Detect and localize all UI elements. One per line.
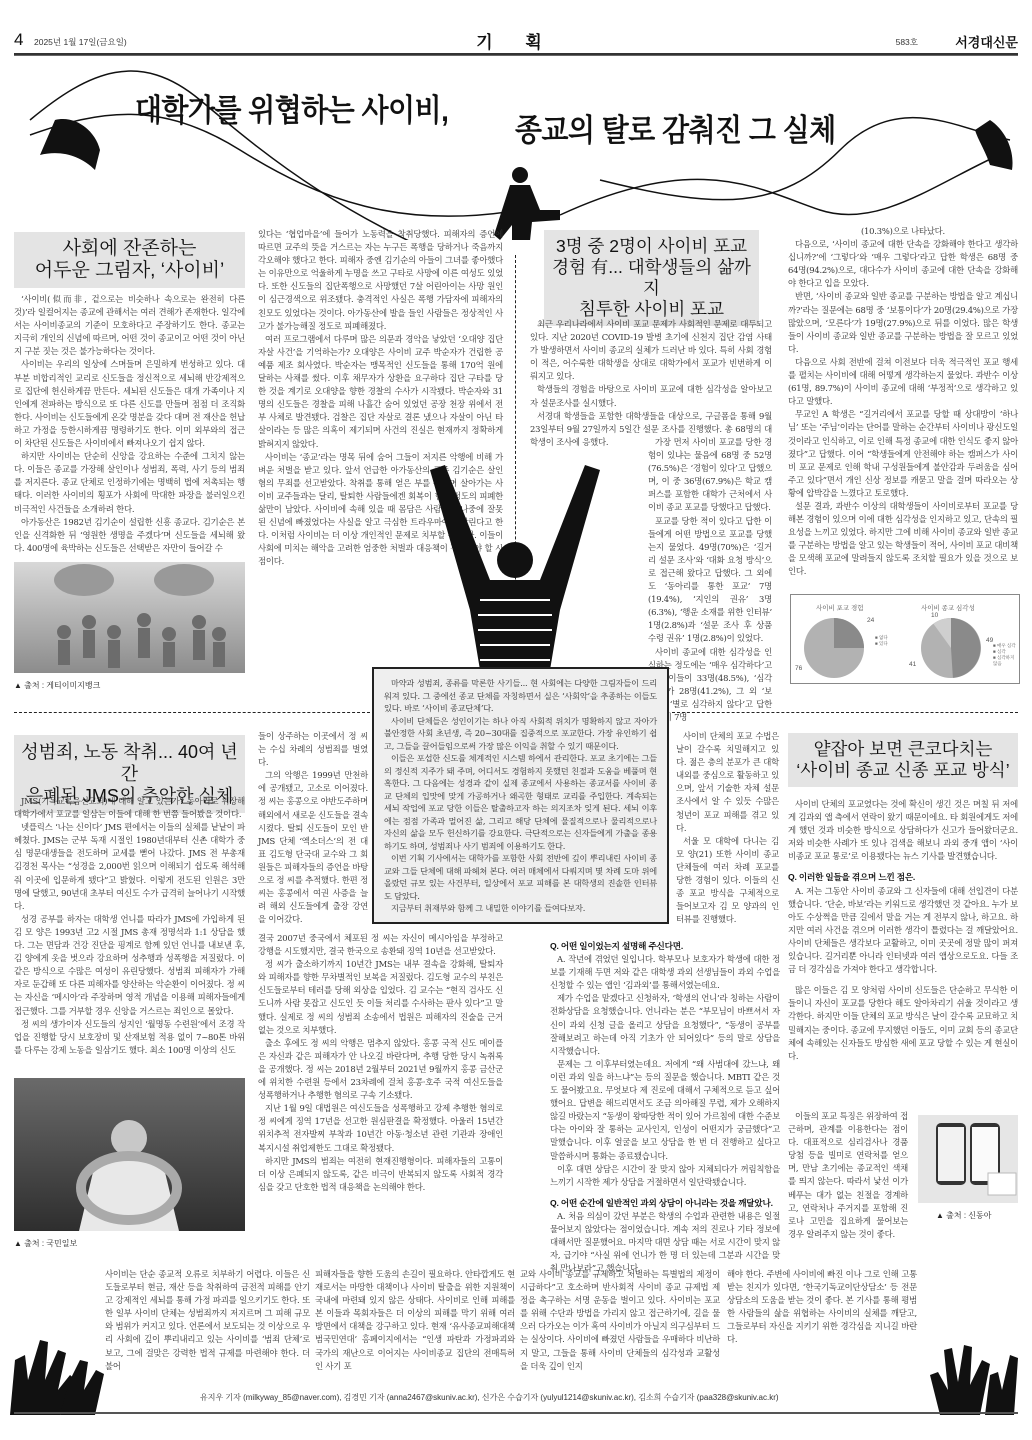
section-divider-left [14, 712, 370, 713]
pie2-title: 사이비 종교 심각성 [921, 603, 975, 612]
section4-qa-col3: Q. 어떤 일이었는지 설명해 주신다면. A. 작년에 겪었던 일입니다. 학… [550, 940, 780, 1275]
section3-image-caption: ▲ 출처 : 국민일보 [14, 1238, 77, 1249]
jms-leader-photo [14, 1078, 245, 1231]
conclusion-col4: 해야 한다. 주변에 사이비에 빠진 이나 그로 인해 고통받는 친지가 있다면… [727, 1268, 917, 1347]
qa-question-1: Q. 어떤 일이었는지 설명해 주신다면. [550, 940, 780, 953]
section4-image-caption: ▲ 출처 : 신동아 [936, 1210, 991, 1221]
section2-body-col3-top: 최근 우리나라에서 사이비 포교 문제가 사회적인 문제로 대두되고 있다. 지… [530, 318, 772, 449]
section4-title: 얕잡아 보면 큰코다치는 ‘사이비 종교 신종 포교 방식’ [788, 733, 1018, 787]
footer-rule [14, 1412, 1018, 1414]
section2-body-col4: (10.3%)으로 나타났다. 다음으로, ‘사이비 종교에 대한 단속을 강화… [788, 225, 1018, 579]
paper-name: 서경대신문 [955, 32, 1018, 51]
section-title: 기 획 [14, 28, 1018, 53]
section3-body-col1: JMS(기독교복음선교회)에 대해 알고 있는가? 동아리로 위장해 대학가에서… [14, 795, 245, 1057]
pie2-label-10: 10 [931, 612, 938, 619]
masthead-rule [14, 53, 1018, 56]
pie1-label-76: 76 [795, 665, 802, 672]
headline-part1: 대학가를 위협하는 사이비, [135, 85, 448, 130]
conclusion-col3: 교와 사이비 종교를 규제하고 처벌하는 특별법의 제정이 시급하다”고 호소하… [520, 1268, 720, 1373]
section4-closing: 이들의 포교 특징은 위장하여 접근하며, 관계를 이용한다는 점이다. 대표적… [788, 1110, 908, 1241]
smartphone-icon [918, 1115, 1018, 1203]
section-divider-right [672, 712, 1018, 713]
person-photo-icon [14, 1078, 245, 1231]
conclusion-col2: 피해자들을 향한 도움의 손길이 필요하다. 안타깝게도 현재로서는 마땅한 대… [315, 1268, 515, 1373]
left-hand-icon [40, 119, 100, 170]
pie1-legend: ■ 없다 ■ 있다 [875, 635, 888, 647]
section1-image-caption: ▲ 출처 : 게티이미지뱅크 [14, 680, 100, 691]
intro-box: 마약과 성범죄, 종류를 막론한 사기들... 현 사회에는 다양한 그림자들이… [372, 667, 669, 924]
masthead: 4 2025년 1월 17일(금요일) 기 획 583호 서경대신문 [14, 28, 1018, 54]
section4-qa-col4: 사이비 단체의 포교였다는 것에 확신이 생긴 것은 며칠 뒤 저에게 김과외 … [788, 798, 1018, 1063]
pie2-label-41: 41 [909, 661, 916, 668]
section1-body-col1: ‘사이비(似而非, 겉으로는 비슷하나 속으로는 완전히 다른 것)’라 일컬어… [14, 293, 245, 555]
byline: 유지우 기자 (milkyway_85@naver.com), 김경민 기자 (… [200, 1392, 779, 1403]
pie2-legend: ■ 매우 심각 ■ 심각 ■ 심각하지 않음 [993, 643, 1019, 667]
raised-arms-figure-icon [400, 460, 630, 670]
phone-app-photo [918, 1115, 1018, 1203]
pie1-title: 사이비 포교 경험 [816, 603, 864, 612]
section3-body-narrow: 들이 상주하는 이곳에서 정 씨는 수십 차례의 성범죄를 벌였다. 그의 악행… [258, 730, 368, 926]
reaching-hands-left-icon [0, 1320, 120, 1415]
survey-charts: 사이비 포교 경험 24 76 ■ 없다 ■ 있다 사이비 종교 심각성 49 … [790, 594, 1020, 684]
section2-title: 3명 중 2명이 사이비 포교 경험 有... 대학생들의 삶까지 침투한 사이… [544, 230, 759, 326]
section4-lead: 사이비 단체의 포교 수법은 날이 갈수록 치밀해지고 있다. 젊은 층의 분포… [676, 730, 779, 926]
pie1-label-24: 24 [867, 617, 874, 624]
qa-question-2: Q. 어떤 순간에 일반적인 과외 상담이 아니라는 것을 깨달았나. [550, 1197, 780, 1210]
issue-number: 583호 [896, 36, 918, 48]
puppet-hands-photo [14, 562, 245, 673]
reaching-hands-right-icon [910, 1320, 1030, 1415]
section3-body-col2: 결국 2007년 중국에서 체포된 정 씨는 자신이 메시아임을 부정하고 강행… [258, 932, 503, 1194]
conclusion-col1: 사이비는 단순 종교적 오류로 치부하기 어렵다. 이들은 신도들로부터 현금,… [105, 1268, 310, 1373]
puppet-people-icon [14, 562, 245, 673]
right-hand-icon [975, 120, 1013, 170]
qa-question-3: Q. 이러한 일들을 겪으며 느낀 점은. [788, 871, 1018, 884]
headline-part2: 종교의 탈로 감춰진 그 실체 [515, 105, 836, 150]
pie-chart-severity [911, 613, 991, 683]
section1-title: 사회에 잔존하는 어두운 그림자, ‘사이비’ [14, 232, 245, 288]
